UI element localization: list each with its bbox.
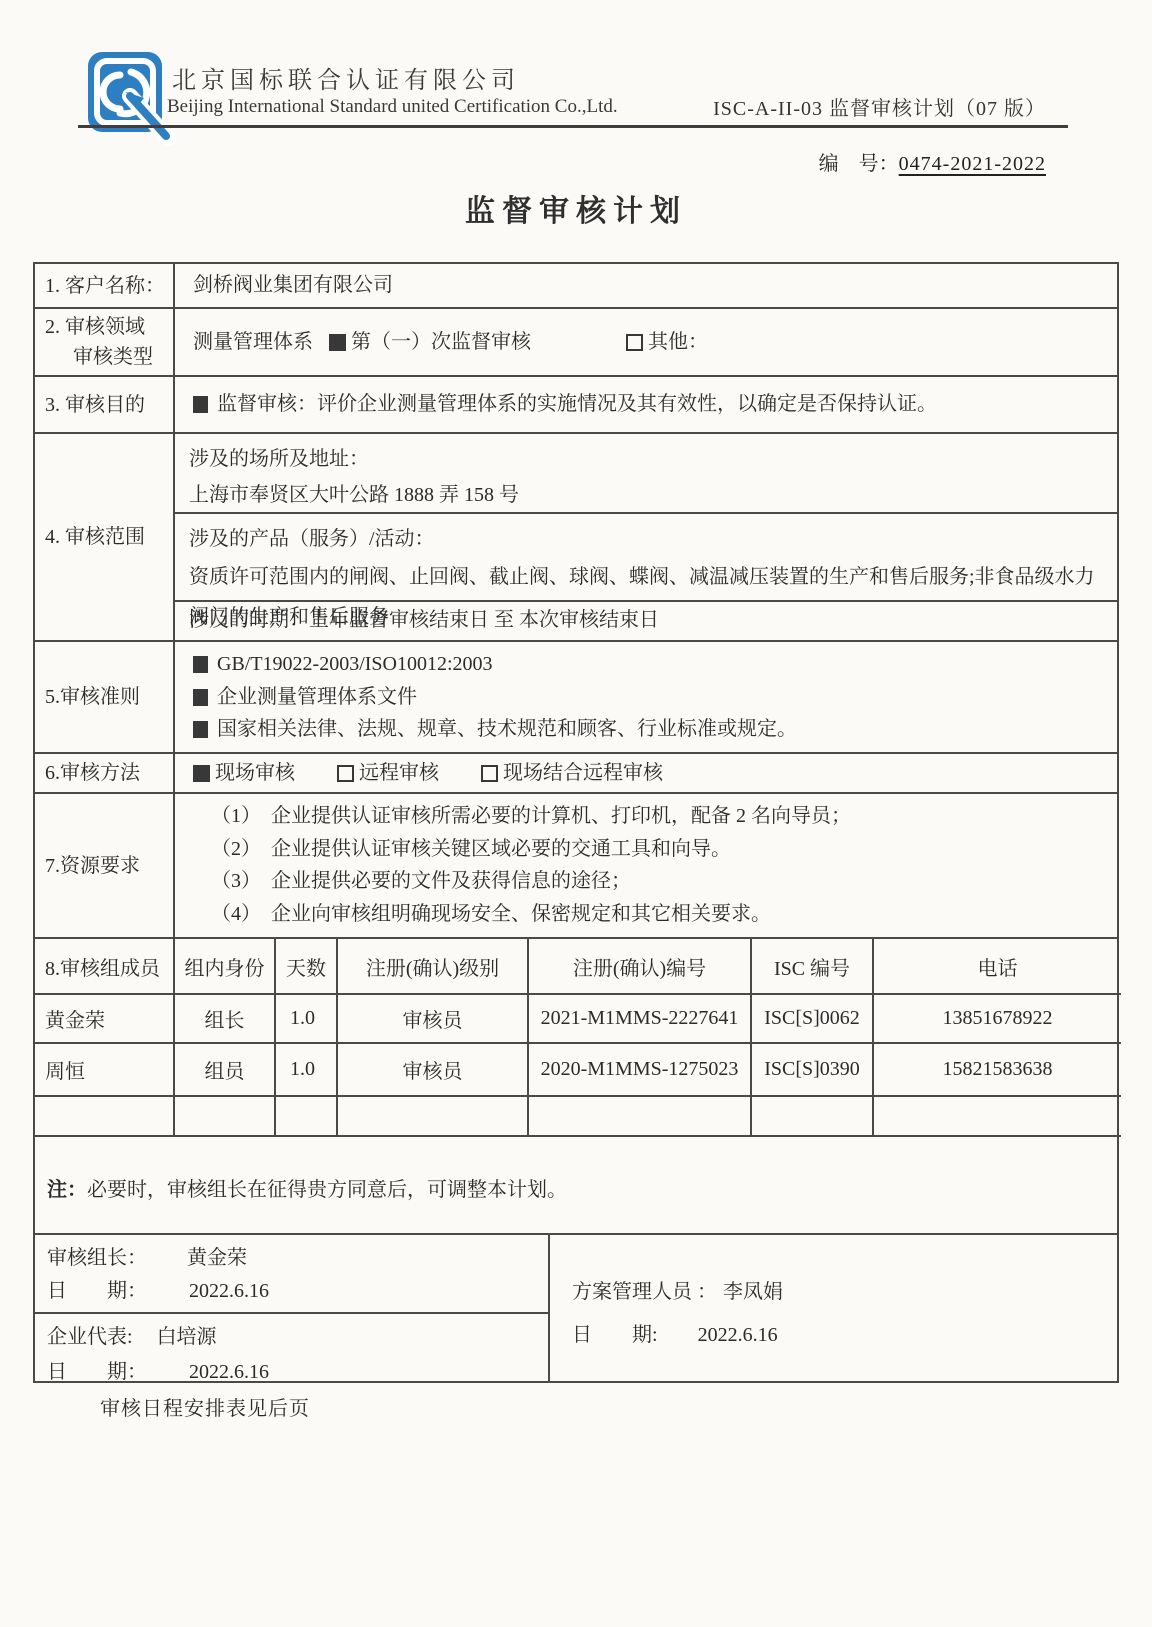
checkbox-checked-icon [329, 334, 346, 351]
domain-system: 测量管理体系 [193, 328, 313, 357]
team-member-days: 1.0 [276, 995, 338, 1044]
rep-label: 企业代表: [47, 1326, 133, 1348]
team-empty-cell [175, 1097, 276, 1137]
method-option-remote: 远程审核 [337, 759, 439, 788]
manager-date: 2022.6.16 [698, 1324, 778, 1346]
document-page: 北京国标联合认证有限公司 Beijing International Stand… [0, 0, 1152, 1627]
team-member-phone: 13851678922 [874, 995, 1121, 1044]
note-prefix: 注： [47, 1179, 87, 1201]
row-scope: 4. 审核范围 涉及的场所及地址： 上海市奉贤区大叶公路 1888 弄 158 … [35, 434, 1117, 642]
serial-value: 0474-2021-2022 [899, 153, 1046, 175]
doc-code: ISC-A-II-03 监督审核计划（07 版） [713, 92, 1046, 121]
team-empty-cell [338, 1097, 529, 1137]
team-member-role: 组员 [175, 1044, 276, 1097]
checkbox-checked-icon [193, 765, 210, 782]
bullet-square-icon [193, 689, 208, 706]
team-member-name: 黄金荣 [35, 995, 175, 1044]
team-member-isc-no: ISC[S]0062 [752, 995, 874, 1044]
scope-period: 涉及的时期：上年监督审核结束日 至 本次审核结束日 [189, 609, 659, 631]
signature-leader-cell: 审核组长：黄金荣 日 期：2022.6.16 [35, 1233, 548, 1314]
team-member-isc-no: ISC[S]0390 [752, 1044, 874, 1097]
row-method: 6.审核方法 现场审核 远程审核 现场结合远程审核 [35, 754, 1117, 794]
checkbox-unchecked-icon [481, 765, 498, 782]
note-row: 注：必要时，审核组长在征得贵方同意后，可调整本计划。 [35, 1137, 1117, 1233]
resource-item: （2） 企业提供认证审核关键区域必要的交通工具和向导。 [175, 833, 1107, 866]
scope-products-title: 涉及的产品（服务）/活动： [189, 521, 1107, 557]
row-resources-label: 7.资源要求 [35, 794, 175, 937]
rep-date-label: 日 期： [47, 1361, 147, 1383]
row-domain-type: 2. 审核领域 审核类型 测量管理体系 第（一）次监督审核 其他： [35, 309, 1117, 377]
team-header-members: 8.审核组成员 [35, 939, 175, 995]
team-header-days: 天数 [276, 939, 338, 995]
team-empty-cell [35, 1097, 175, 1137]
team-empty-cell [276, 1097, 338, 1137]
note-text: 必要时，审核组长在征得贵方同意后，可调整本计划。 [87, 1179, 567, 1201]
team-member-name: 周恒 [35, 1044, 175, 1097]
resource-item: （1） 企业提供认证审核所需必要的计算机、打印机，配备 2 名向导员； [175, 800, 1107, 833]
row-method-label: 6.审核方法 [35, 754, 175, 792]
method-option-combined: 现场结合远程审核 [481, 759, 663, 788]
serial-number: 编 号：0474-2021-2022 [819, 147, 1046, 176]
team-table: 8.审核组成员 组内身份 天数 注册(确认)级别 注册(确认)编号 ISC 编号… [35, 939, 1117, 1137]
row-method-value: 现场审核 远程审核 现场结合远程审核 [175, 754, 1117, 792]
team-member-days: 1.0 [276, 1044, 338, 1097]
team-member-role: 组长 [175, 995, 276, 1044]
leader-name: 黄金荣 [187, 1247, 247, 1269]
row-purpose: 3. 审核目的 监督审核：评价企业测量管理体系的实施情况及其有效性，以确定是否保… [35, 377, 1117, 434]
method-option-onsite: 现场审核 [193, 759, 295, 788]
manager-date-label: 日 期: [572, 1324, 658, 1346]
signature-left-column: 审核组长：黄金荣 日 期：2022.6.16 企业代表:白培源 日 期：2022… [35, 1233, 550, 1381]
criteria-item: GB/T19022-2003/ISO10012:2003 [193, 648, 1107, 681]
scope-address-cell: 涉及的场所及地址： 上海市奉贤区大叶公路 1888 弄 158 号 [175, 434, 1117, 514]
page-title: 监督审核计划 [0, 186, 1152, 230]
main-table: 1. 客户名称： 剑桥阀业集团有限公司 2. 审核领域 审核类型 测量管理体系 … [33, 262, 1119, 1235]
row-scope-label: 4. 审核范围 [35, 434, 175, 640]
option-other: 其他： [626, 328, 708, 357]
row-domain-label: 2. 审核领域 审核类型 [35, 309, 175, 375]
team-member-phone: 15821583638 [874, 1044, 1121, 1097]
scope-address: 上海市奉贤区大叶公路 1888 弄 158 号 [189, 477, 1107, 513]
team-empty-cell [874, 1097, 1121, 1137]
signature-manager-cell: 方案管理人员 ：李凤娟 日 期:2022.6.16 [550, 1233, 1117, 1381]
row-criteria-value: GB/T19022-2003/ISO10012:2003 企业测量管理体系文件 … [175, 642, 1117, 752]
leader-date: 2022.6.16 [189, 1280, 269, 1302]
scope-period-cell: 涉及的时期：上年监督审核结束日 至 本次审核结束日 [175, 602, 1117, 638]
row-client-label: 1. 客户名称： [35, 264, 175, 307]
footer-note: 审核日程安排表见后页 [100, 1392, 310, 1421]
row-purpose-label: 3. 审核目的 [35, 377, 175, 432]
row-purpose-value: 监督审核：评价企业测量管理体系的实施情况及其有效性，以确定是否保持认证。 [175, 377, 1117, 432]
rep-name: 白培源 [157, 1326, 217, 1348]
checkbox-unchecked-icon [626, 334, 643, 351]
header-rule [78, 125, 1068, 128]
bullet-square-icon [193, 721, 208, 738]
row-resources: 7.资源要求 （1） 企业提供认证审核所需必要的计算机、打印机，配备 2 名向导… [35, 794, 1117, 939]
row-criteria: 5.审核准则 GB/T19022-2003/ISO10012:2003 企业测量… [35, 642, 1117, 754]
signature-table: 审核组长：黄金荣 日 期：2022.6.16 企业代表:白培源 日 期：2022… [33, 1233, 1119, 1383]
bullet-square-icon [193, 396, 208, 413]
team-member-level: 审核员 [338, 1044, 529, 1097]
manager-label: 方案管理人员 ： [572, 1281, 717, 1303]
team-header-phone: 电话 [874, 939, 1121, 995]
criteria-item: 国家相关法律、法规、规章、技术规范和顾客、行业标准或规定。 [193, 713, 1107, 746]
signature-rep-cell: 企业代表:白培源 日 期：2022.6.16 [35, 1314, 548, 1387]
scope-address-title: 涉及的场所及地址： [189, 441, 1107, 477]
company-logo-icon [86, 50, 178, 146]
company-name-en: Beijing International Standard united Ce… [167, 96, 618, 118]
serial-label: 编 号： [819, 153, 899, 175]
row-criteria-label: 5.审核准则 [35, 642, 175, 752]
team-header-reg-no: 注册(确认)编号 [529, 939, 752, 995]
team-empty-cell [752, 1097, 874, 1137]
resource-item: （4） 企业向审核组明确现场安全、保密规定和其它相关要求。 [175, 898, 1107, 931]
resource-item: （3） 企业提供必要的文件及获得信息的途径； [175, 866, 1107, 899]
team-header-level: 注册(确认)级别 [338, 939, 529, 995]
team-member-reg-no: 2020-M1MMS-1275023 [529, 1044, 752, 1097]
row-client-value: 剑桥阀业集团有限公司 [175, 264, 1117, 307]
scope-products-cell: 涉及的产品（服务）/活动： 资质许可范围内的闸阀、止回阀、截止阀、球阀、蝶阀、减… [175, 514, 1117, 602]
rep-date: 2022.6.16 [189, 1361, 269, 1383]
company-logo [86, 50, 178, 146]
company-name-cn: 北京国标联合认证有限公司 [172, 60, 520, 95]
row-resources-value: （1） 企业提供认证审核所需必要的计算机、打印机，配备 2 名向导员； （2） … [175, 794, 1117, 937]
leader-label: 审核组长： [47, 1247, 147, 1269]
row-scope-value: 涉及的场所及地址： 上海市奉贤区大叶公路 1888 弄 158 号 涉及的产品（… [175, 434, 1117, 640]
manager-name: 李凤娟 [723, 1281, 783, 1303]
team-member-level: 审核员 [338, 995, 529, 1044]
team-header-isc-no: ISC 编号 [752, 939, 874, 995]
row-domain-value: 测量管理体系 第（一）次监督审核 其他： [175, 309, 1117, 375]
team-header-role: 组内身份 [175, 939, 276, 995]
bullet-square-icon [193, 656, 208, 673]
option-first-surveillance: 第（一）次监督审核 [329, 328, 531, 357]
checkbox-unchecked-icon [337, 765, 354, 782]
row-client: 1. 客户名称： 剑桥阀业集团有限公司 [35, 264, 1117, 309]
leader-date-label: 日 期： [47, 1280, 147, 1302]
team-empty-cell [529, 1097, 752, 1137]
criteria-item: 企业测量管理体系文件 [193, 681, 1107, 714]
team-member-reg-no: 2021-M1MMS-2227641 [529, 995, 752, 1044]
